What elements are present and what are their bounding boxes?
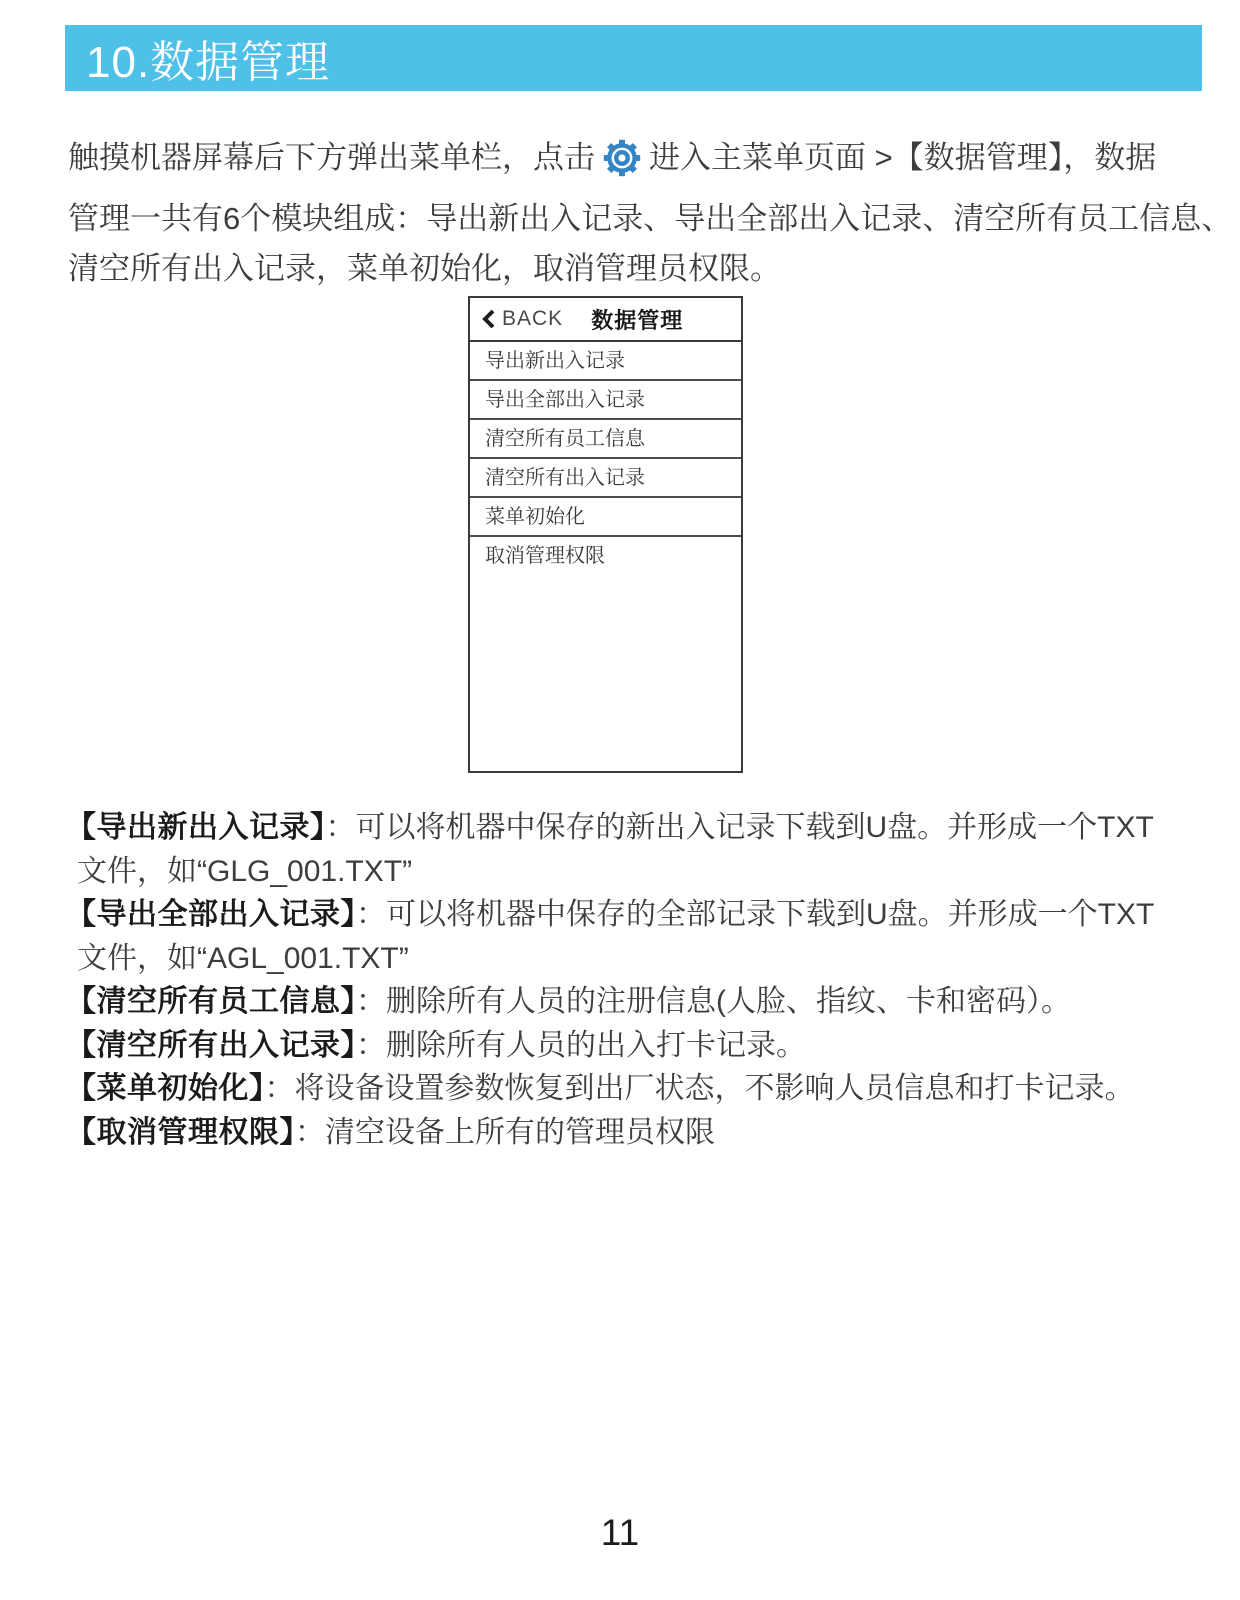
definition-text: ：清空设备上所有的管理员权限 [295, 1116, 715, 1149]
definition-cancel-admin-rights: 【取消管理权限】：清空设备上所有的管理员权限 [66, 1111, 1196, 1155]
definition-text: ：删除所有人员的出入打卡记录。 [356, 1029, 806, 1062]
definition-clear-all-access-records: 【清空所有出入记录】：删除所有人员的出入打卡记录。 [66, 1024, 1196, 1068]
definition-export-new-records: 【导出新出入记录】：可以将机器中保存的新出入记录下载到U盘。并形成一个TXT [66, 806, 1196, 850]
device-screen-mockup: BACK 数据管理 导出新出入记录 导出全部出入记录 清空所有员工信息 清空所有… [468, 296, 743, 773]
intro-paragraph: 触摸机器屏幕后下方弹出菜单栏，点击 进入主菜单页面 >【 [68, 133, 1186, 294]
term-definitions: 【导出新出入记录】：可以将机器中保存的新出入记录下载到U盘。并形成一个TXT 文… [66, 806, 1196, 1154]
intro-line-1-after: 进入主菜单页面 >【数据管理】，数据 [649, 140, 1156, 175]
section-header: 10.数据管理 [65, 25, 1202, 91]
menu-item-export-all-records[interactable]: 导出全部出入记录 [470, 381, 741, 420]
menu-item-menu-initialization[interactable]: 菜单初始化 [470, 498, 741, 537]
definition-clear-all-employee-info: 【清空所有员工信息】：删除所有人员的注册信息(人脸、指纹、卡和密码）。 [66, 980, 1196, 1024]
intro-line-1: 触摸机器屏幕后下方弹出菜单栏，点击 进入主菜单页面 >【 [68, 133, 1186, 194]
definition-term: 【导出全部出入记录】 [66, 898, 356, 931]
chevron-left-icon[interactable] [480, 307, 497, 331]
definition-text: ：可以将机器中保存的全部记录下载到U盘。并形成一个TXT [356, 898, 1154, 931]
intro-line-2: 管理一共有6个模块组成：导出新出入记录、导出全部出入记录、清空所有员工信息、 [68, 194, 1186, 244]
settings-gear-icon [601, 137, 643, 194]
page-number: 11 [0, 1512, 1240, 1554]
definition-term: 【取消管理权限】 [66, 1116, 295, 1149]
definition-term: 【清空所有员工信息】 [66, 985, 356, 1018]
definition-text: ：将设备设置参数恢复到出厂状态，不影响人员信息和打卡记录。 [265, 1072, 1135, 1105]
definition-term: 【导出新出入记录】 [66, 811, 326, 844]
definition-text: ：可以将机器中保存的新出入记录下载到U盘。并形成一个TXT [326, 811, 1154, 844]
definition-term: 【菜单初始化】 [66, 1072, 265, 1105]
definition-menu-initialization: 【菜单初始化】：将设备设置参数恢复到出厂状态，不影响人员信息和打卡记录。 [66, 1067, 1196, 1111]
definition-export-new-records-cont: 文件，如“GLG_001.TXT” [66, 850, 1196, 894]
definition-text: ：删除所有人员的注册信息(人脸、指纹、卡和密码）。 [356, 985, 1071, 1018]
section-title: 10.数据管理 [86, 26, 330, 90]
intro-line-3: 清空所有出入记录，菜单初始化，取消管理员权限。 [68, 244, 1186, 294]
menu-item-clear-all-employee-info[interactable]: 清空所有员工信息 [470, 420, 741, 459]
menu-item-cancel-admin-rights[interactable]: 取消管理权限 [470, 537, 741, 576]
menu-item-export-new-records[interactable]: 导出新出入记录 [470, 342, 741, 381]
manual-page: 10.数据管理 触摸机器屏幕后下方弹出菜单栏，点击 [0, 0, 1240, 1600]
back-button-label[interactable]: BACK [502, 307, 563, 331]
device-screen-title: 数据管理 [591, 304, 683, 335]
menu-item-clear-all-access-records[interactable]: 清空所有出入记录 [470, 459, 741, 498]
device-screen-header: BACK 数据管理 [470, 298, 741, 342]
definition-export-all-records: 【导出全部出入记录】：可以将机器中保存的全部记录下载到U盘。并形成一个TXT [66, 893, 1196, 937]
intro-line-1-before: 触摸机器屏幕后下方弹出菜单栏，点击 [68, 140, 595, 175]
definition-term: 【清空所有出入记录】 [66, 1029, 356, 1062]
definition-export-all-records-cont: 文件，如“AGL_001.TXT” [66, 937, 1196, 981]
